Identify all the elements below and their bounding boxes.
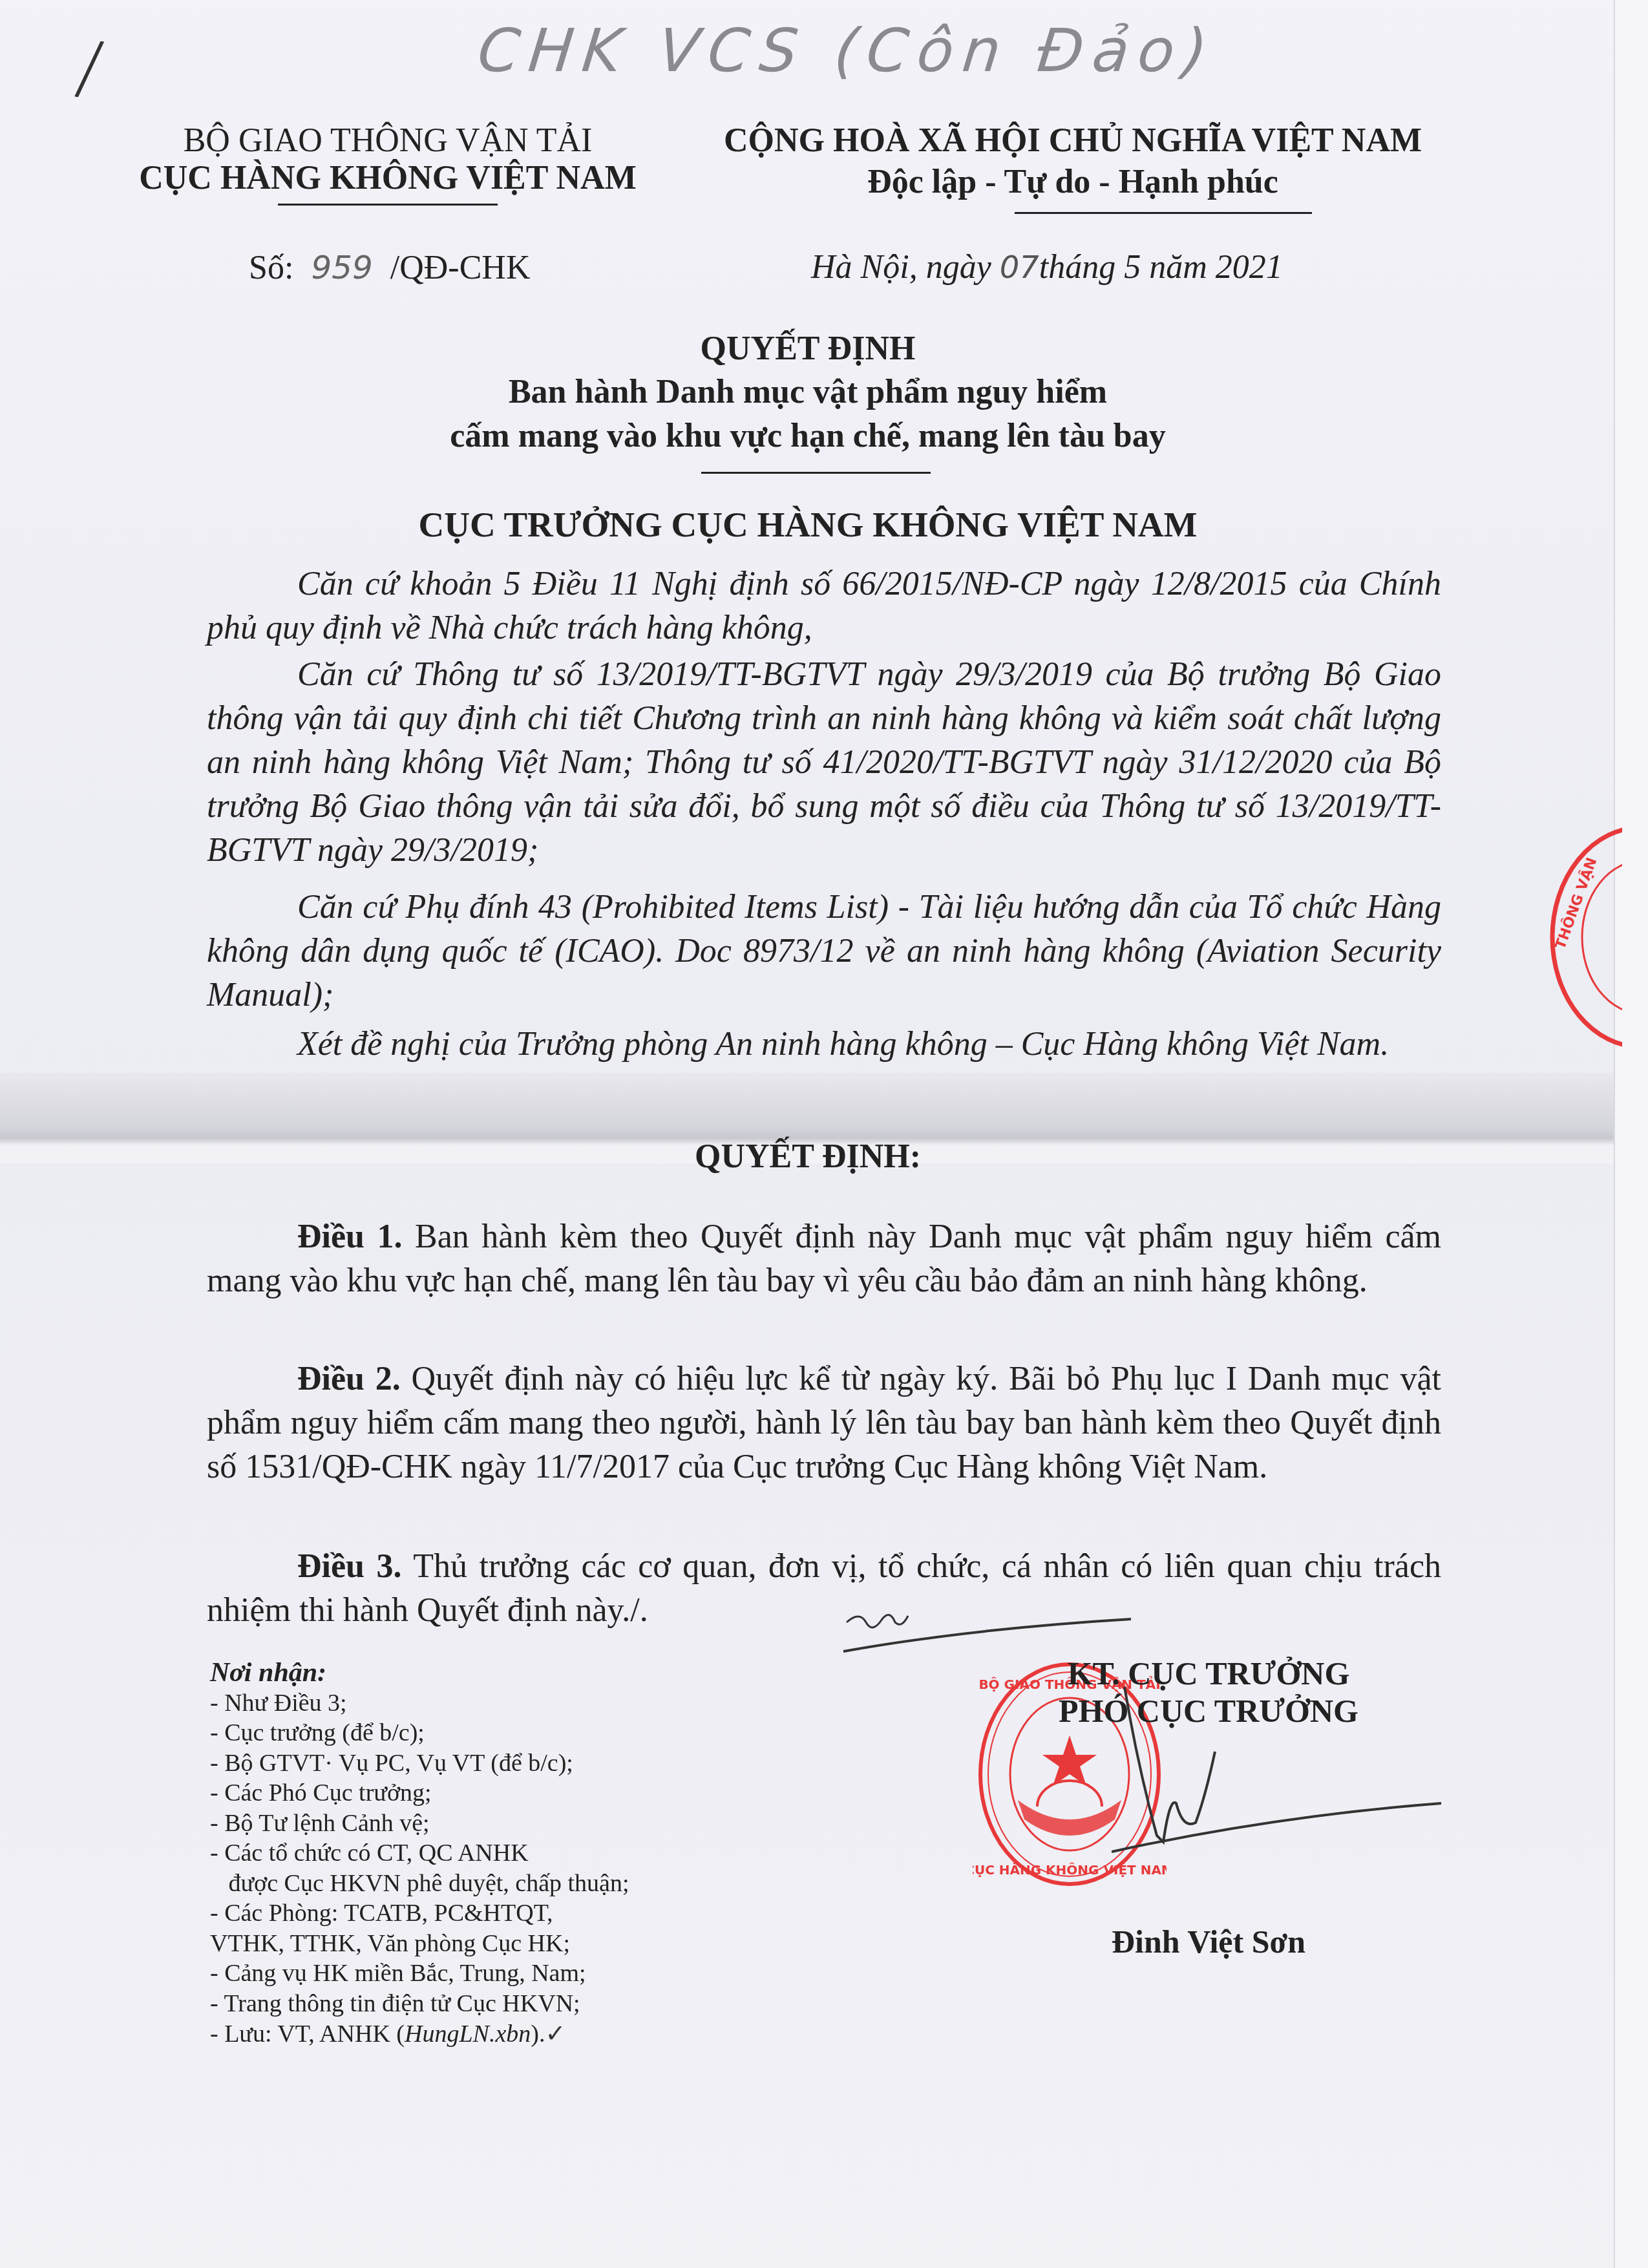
initials-squiggle-icon (840, 1603, 1137, 1661)
document-subject-line1: Ban hành Danh mục vật phẩm nguy hiểm (0, 373, 1616, 412)
date-prefix: Hà Nội, ngày (811, 249, 991, 286)
preamble-4: Xét đề nghị của Trưởng phòng An ninh hàn… (207, 1023, 1441, 1066)
number-suffix: /QĐ-CHK (390, 249, 531, 286)
recipient-item: - Trang thông tin điện tử Cục HKVN; (210, 1989, 629, 2019)
article-1: Điều 1. Ban hành kèm theo Quyết định này… (207, 1215, 1441, 1303)
recipient-item: - Như Điều 3; (210, 1688, 629, 1719)
checkmark-icon: ✓ (545, 2019, 565, 2048)
recipients-heading: Nơi nhận: (210, 1658, 629, 1688)
recipient-item: - Các Phòng: TCATB, PC&HTQT, (210, 1898, 629, 1929)
national-motto: Độc lập - Tự do - Hạnh phúc (685, 163, 1461, 202)
ministry-name: BỘ GIAO THÔNG VẬN TẢI (110, 122, 666, 160)
recipient-item: được Cục HKVN phê duyệt, chấp thuận; (210, 1869, 629, 1899)
decision-heading: QUYẾT ĐỊNH: (0, 1138, 1616, 1176)
preamble-2: Căn cứ Thông tư số 13/2019/TT-BGTVT ngày… (207, 653, 1441, 873)
agency-name: CỤC HÀNG KHÔNG VIỆT NAM (97, 159, 679, 198)
article-2-label: Điều 2. (297, 1361, 401, 1397)
document-subject-line2: cấm mang vào khu vực hạn chế, mang lên t… (0, 417, 1616, 456)
archive-prefix: - Lưu: VT, ANHK ( (210, 2020, 405, 2048)
document-date: Hà Nội, ngày 07tháng 5 năm 2021 (811, 248, 1283, 287)
svg-text:CỤC HÀNG KHÔNG VIỆT NAM: CỤC HÀNG KHÔNG VIỆT NAM (973, 1862, 1167, 1878)
signer-name: Đinh Việt Sơn (1028, 1923, 1389, 1960)
document-number: Số: 959 /QĐ-CHK (249, 248, 530, 288)
archive-initials: HungLN.xbn (405, 2020, 531, 2048)
edge-seal-fragment-icon: THÔNG VẬN (1545, 821, 1622, 1054)
recipient-item: - Bộ GTVT· Vụ PC, Vụ VT (để b/c); (210, 1748, 629, 1779)
title-underline (701, 472, 931, 474)
recipient-item: - Cục trưởng (để b/c); (210, 1718, 629, 1748)
handwritten-note: CHK VCS (Côn Đảo) (474, 16, 1220, 85)
recipient-item: - Các Phó Cục trưởng; (210, 1778, 629, 1808)
article-3-label: Điều 3. (297, 1548, 402, 1585)
recipient-item: VTHK, TTHK, Văn phòng Cục HK; (210, 1929, 629, 1959)
article-2: Điều 2. Quyết định này có hiệu lực kể từ… (207, 1357, 1441, 1489)
recipient-item: - Các tổ chức có CT, QC ANHK (210, 1838, 629, 1869)
archive-suffix: ). (531, 2020, 545, 2048)
header-right-underline (1015, 212, 1312, 214)
country-name: CỘNG HOÀ XÃ HỘI CHỦ NGHĨA VIỆT NAM (685, 122, 1461, 160)
recipient-item-archive: - Lưu: VT, ANHK (HungLN.xbn).✓ (210, 2019, 629, 2050)
scanner-margin (1614, 0, 1648, 2268)
date-suffix: tháng 5 năm 2021 (1039, 249, 1283, 286)
handwritten-signature-icon (1112, 1668, 1448, 1861)
header-left-underline (278, 204, 498, 206)
recipients-list: Nơi nhận: - Như Điều 3;- Cục trưởng (để … (210, 1658, 629, 2050)
article-3: Điều 3. Thủ trưởng các cơ quan, đơn vị, … (207, 1545, 1441, 1633)
recipient-item: - Bộ Tư lệnh Cảnh vệ; (210, 1808, 629, 1839)
recipient-item: - Cảng vụ HK miền Bắc, Trung, Nam; (210, 1958, 629, 1989)
article-1-label: Điều 1. (297, 1218, 403, 1255)
document-type-title: QUYẾT ĐỊNH (0, 330, 1616, 368)
preamble-1: Căn cứ khoản 5 Điều 11 Nghị định số 66/2… (207, 562, 1441, 650)
handwritten-number: 959 (302, 249, 381, 286)
handwritten-day: 07 (1000, 249, 1039, 286)
number-prefix: Số: (249, 249, 293, 286)
issuing-authority: CỤC TRƯỞNG CỤC HÀNG KHÔNG VIỆT NAM (0, 504, 1616, 546)
preamble-3: Căn cứ Phụ đính 43 (Prohibited Items Lis… (207, 885, 1441, 1017)
